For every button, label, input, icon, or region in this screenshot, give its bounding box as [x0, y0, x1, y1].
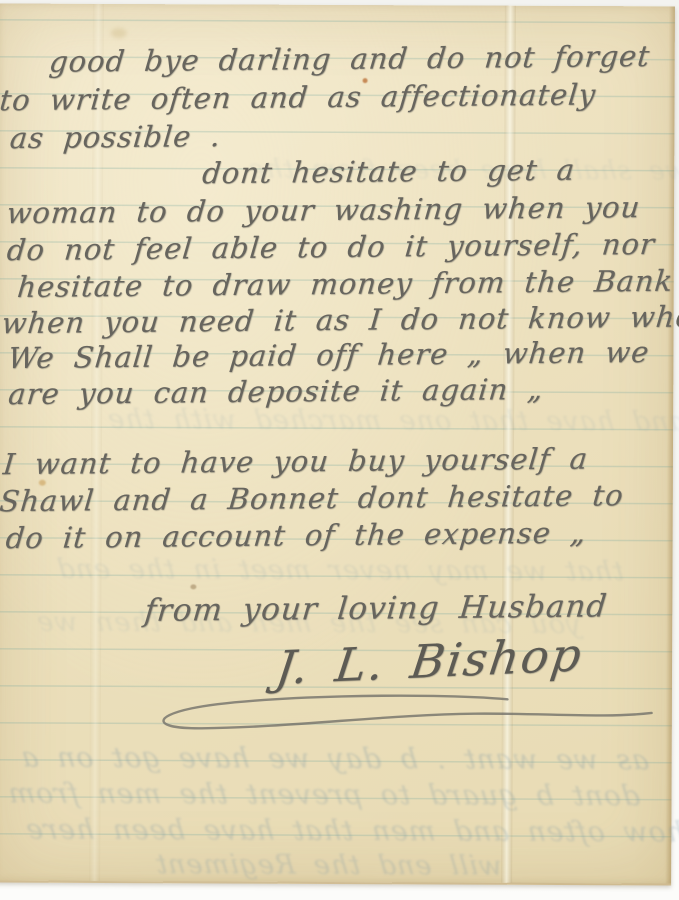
signature-flourish [139, 688, 659, 745]
smudge [111, 28, 127, 38]
letter-line: good bye darling and do not forget [48, 39, 652, 79]
letter-line: Shawl and a Bonnet dont hesitate to [0, 478, 625, 518]
letter-line: hesitate to draw money from the Bank [16, 264, 675, 304]
letter-line: when you need it as I do not know when [0, 299, 679, 340]
letter-page: when we shall have been from the and hav… [0, 4, 675, 886]
scan-background: when we shall have been from the and hav… [0, 0, 679, 900]
age-spot [190, 584, 196, 589]
letter-line: do not feel able to do it yourself, nor [6, 227, 657, 267]
signature: J. L. Bishop [273, 627, 586, 695]
letter-closing: from your loving Husband [143, 588, 609, 628]
letter-line: do it on account of the expense „ [4, 516, 588, 556]
letter-line: to write often and as affectionately [0, 77, 598, 117]
age-spot [363, 78, 368, 83]
letter-line: as possible . [8, 119, 222, 155]
letter-line: woman to do your washing when you [5, 190, 642, 230]
letter-line: I want to have you buy yourself a [2, 442, 590, 482]
letter-line: dont hesitate to get a [201, 153, 577, 191]
letter-line: are you can deposite it again „ [7, 372, 545, 411]
letter-line: We Shall be paid off here „ when we [7, 335, 652, 375]
age-spot [39, 480, 46, 486]
handwriting-layer: good bye darling and do not forget to wr… [0, 2, 677, 885]
